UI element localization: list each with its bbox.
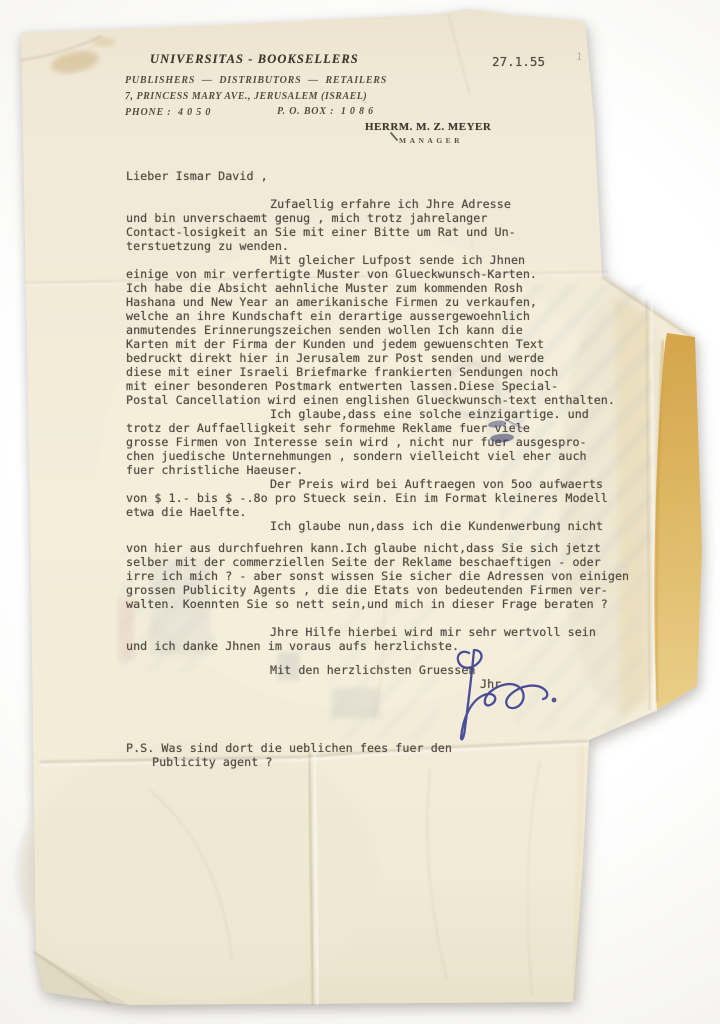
letter-line-7: Ich habe die Absicht aehnliche Muster zu…: [126, 282, 523, 295]
letter-line-0: Lieber Ismar David ,: [126, 170, 268, 183]
letter-line-18: grosse Firmen von Interesse sein wird , …: [126, 436, 587, 449]
letter-line-20: fuer christliche Haeuser.: [126, 464, 303, 477]
pencil-corner-mark: 1: [576, 52, 583, 63]
letter-line-3: Contact-losigkeit an Sie mit einer Bitte…: [126, 226, 516, 239]
scanned-letter-page: UNIVERSITAS - BOOKSELLERS PUBLISHERS — D…: [0, 0, 720, 1024]
date-stamp: 27.1.55: [492, 55, 545, 68]
letter-line-16: Ich glaube,dass eine solche einzigartige…: [270, 408, 589, 421]
letter-line-14: mit einer besonderen Postmark entwerten …: [126, 380, 558, 393]
letterhead-phone: PHONE : 4 0 5 0: [125, 107, 211, 118]
letter-line-6: einige von mir verfertigte Muster von Gl…: [126, 268, 537, 281]
letterhead-tagline: PUBLISHERS — DISTRIBUTORS — RETAILERS: [125, 75, 387, 86]
letter-line-17: trotz der Auffaelligkeit sehr formehme R…: [126, 422, 530, 435]
letter-line-26: selber mit der commerziellen Seite der R…: [126, 556, 601, 569]
letter-line-15: Postal Cancellation wird einen englishen…: [126, 394, 615, 407]
letter-line-2: und bin unverschaemt genug , mich trotz …: [126, 212, 487, 225]
letterhead-manager-title: MANAGER: [399, 136, 463, 145]
letterhead-manager-name: HERRM. M. Z. MEYER: [365, 121, 491, 133]
letter-line-8: Hashana und New Year an amerikanische Fi…: [126, 296, 537, 309]
letter-line-24: Ich glaube nun,dass ich die Kundenwerbun…: [270, 520, 603, 533]
letter-text-layer: UNIVERSITAS - BOOKSELLERS PUBLISHERS — D…: [0, 0, 720, 1024]
letter-line-10: anmutendes Erinnerungszeichen senden wol…: [126, 324, 523, 337]
letter-line-23: etwa die Haelfte.: [126, 506, 246, 519]
letter-line-29: walten. Koennten Sie so nett sein,und mi…: [126, 598, 608, 611]
letter-line-22: von $ 1.- bis $ -.8o pro Stueck sein. Ei…: [126, 492, 608, 505]
letter-line-12: bedruckt direkt hier in Jerusalem zur Po…: [126, 352, 544, 365]
letter-line-5: Mit gleicher Lufpost sende ich Jhnen: [270, 254, 525, 267]
letterhead-address: 7, PRINCESS MARY AVE., JERUSALEM (ISRAEL…: [125, 91, 367, 102]
letter-line-25: von hier aus durchfuehren kann.Ich glaub…: [126, 542, 601, 555]
letterhead-po-box: P. O. BOX : 1 0 8 6: [277, 106, 374, 117]
letter-line-35: Publicity agent ?: [152, 756, 272, 769]
letter-line-21: Der Preis wird bei Auftraegen von 5oo au…: [270, 478, 603, 491]
letter-line-34: P.S. Was sind dort die ueblichen fees fu…: [126, 742, 452, 755]
letter-line-31: und ich danke Jhnen im voraus aufs herzl…: [126, 640, 459, 653]
letter-line-33: Jhr: [480, 678, 501, 691]
letterhead-company: UNIVERSITAS - BOOKSELLERS: [150, 52, 359, 67]
letter-line-30: Jhre Hilfe hierbei wird mir sehr wertvol…: [270, 626, 596, 639]
letter-line-19: chen juedische Unternehmungen , sondern …: [126, 450, 587, 463]
letter-line-28: grossen Publicity Agents , die die Etats…: [126, 584, 608, 597]
letter-line-13: diese mit einer Israeli Briefmarke frank…: [126, 366, 558, 379]
letter-line-1: Zufaellig erfahre ich Jhre Adresse: [270, 198, 511, 211]
letter-line-4: terstuetzung zu wenden.: [126, 240, 289, 253]
letter-line-32: Mit den herzlichsten Gruessen: [270, 664, 476, 677]
letter-line-11: Karten mit der Firma der Kunden und jede…: [126, 338, 544, 351]
letter-line-9: welche an ihre Kundschaft ein derartige …: [126, 310, 530, 323]
letter-line-27: irre ich mich ? - aber sonst wissen Sie …: [126, 570, 629, 583]
